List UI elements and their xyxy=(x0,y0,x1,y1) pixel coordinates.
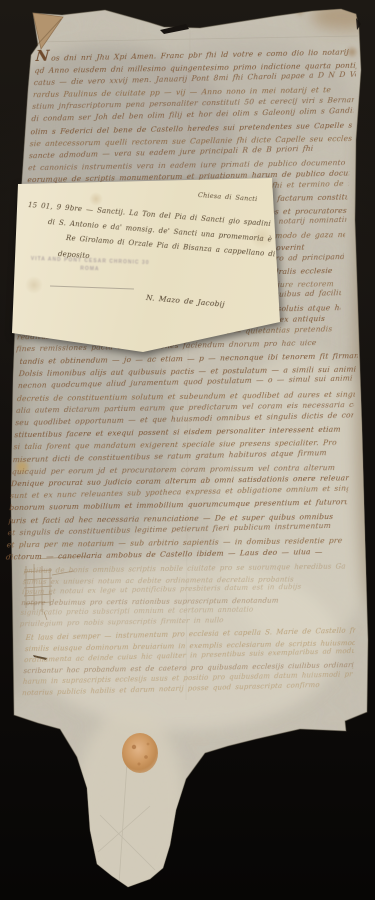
note-signature: N. Mazo de Jacobij xyxy=(146,293,225,309)
small-stain xyxy=(16,461,28,473)
note-corner-annotation: Chiesa di Sancti xyxy=(198,191,258,203)
photo-stage: Nos dni nri Jhu Xpi Amen. Franc pbr fhi … xyxy=(0,0,375,900)
archivist-note-wrap: Chiesa di Sancti 15 01, 9 9bre — Sanctij… xyxy=(12,177,284,355)
pencil-rule xyxy=(50,286,134,290)
faded-archive-stamp: VITA AND PONT CESAR CHRONIC 30 ROMA xyxy=(20,255,160,276)
wax-stain xyxy=(122,733,158,773)
archivist-note: Chiesa di Sancti 15 01, 9 9bre — Sanctij… xyxy=(12,177,284,355)
parchment xyxy=(0,0,375,900)
